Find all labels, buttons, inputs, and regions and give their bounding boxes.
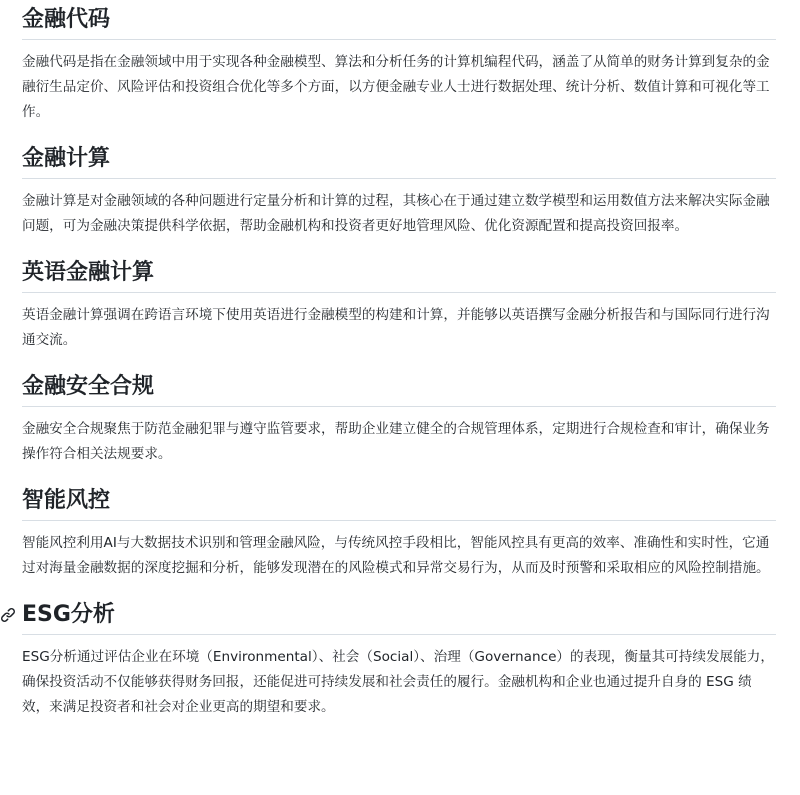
section-paragraph: 金融代码是指在金融领域中用于实现各种金融模型、算法和分析任务的计算机编程代码，涵… [22,40,776,139]
section-paragraph: 金融计算是对金融领域的各种问题进行定量分析和计算的过程，其核心在于通过建立数学模… [22,179,776,253]
section-financial-compliance: 金融安全合规 金融安全合规聚焦于防范金融犯罪与遵守监管要求，帮助企业建立健全的合… [22,367,776,481]
section-heading: 金融计算 [22,139,776,179]
section-paragraph: 智能风控利用AI与大数据技术识别和管理金融风险，与传统风控手段相比，智能风控具有… [22,521,776,595]
section-paragraph: 金融安全合规聚焦于防范金融犯罪与遵守监管要求，帮助企业建立健全的合规管理体系，定… [22,407,776,481]
section-paragraph: 英语金融计算强调在跨语言环境下使用英语进行金融模型的构建和计算，并能够以英语撰写… [22,293,776,367]
link-icon[interactable] [0,607,16,623]
section-financial-code: 金融代码 金融代码是指在金融领域中用于实现各种金融模型、算法和分析任务的计算机编… [22,0,776,139]
section-smart-risk-control: 智能风控 智能风控利用AI与大数据技术识别和管理金融风险，与传统风控手段相比，智… [22,481,776,595]
section-heading: ESG分析 [22,595,776,635]
section-paragraph: ESG分析通过评估企业在环境（Environmental）、社会（Social）… [22,635,776,734]
section-esg-analysis: ESG分析 ESG分析通过评估企业在环境（Environmental）、社会（S… [22,595,776,734]
section-financial-computing: 金融计算 金融计算是对金融领域的各种问题进行定量分析和计算的过程，其核心在于通过… [22,139,776,253]
section-heading: 英语金融计算 [22,253,776,293]
document: 金融代码 金融代码是指在金融领域中用于实现各种金融模型、算法和分析任务的计算机编… [0,0,800,734]
section-heading: 金融安全合规 [22,367,776,407]
section-english-financial-computing: 英语金融计算 英语金融计算强调在跨语言环境下使用英语进行金融模型的构建和计算，并… [22,253,776,367]
section-heading: 金融代码 [22,0,776,40]
section-heading: 智能风控 [22,481,776,521]
